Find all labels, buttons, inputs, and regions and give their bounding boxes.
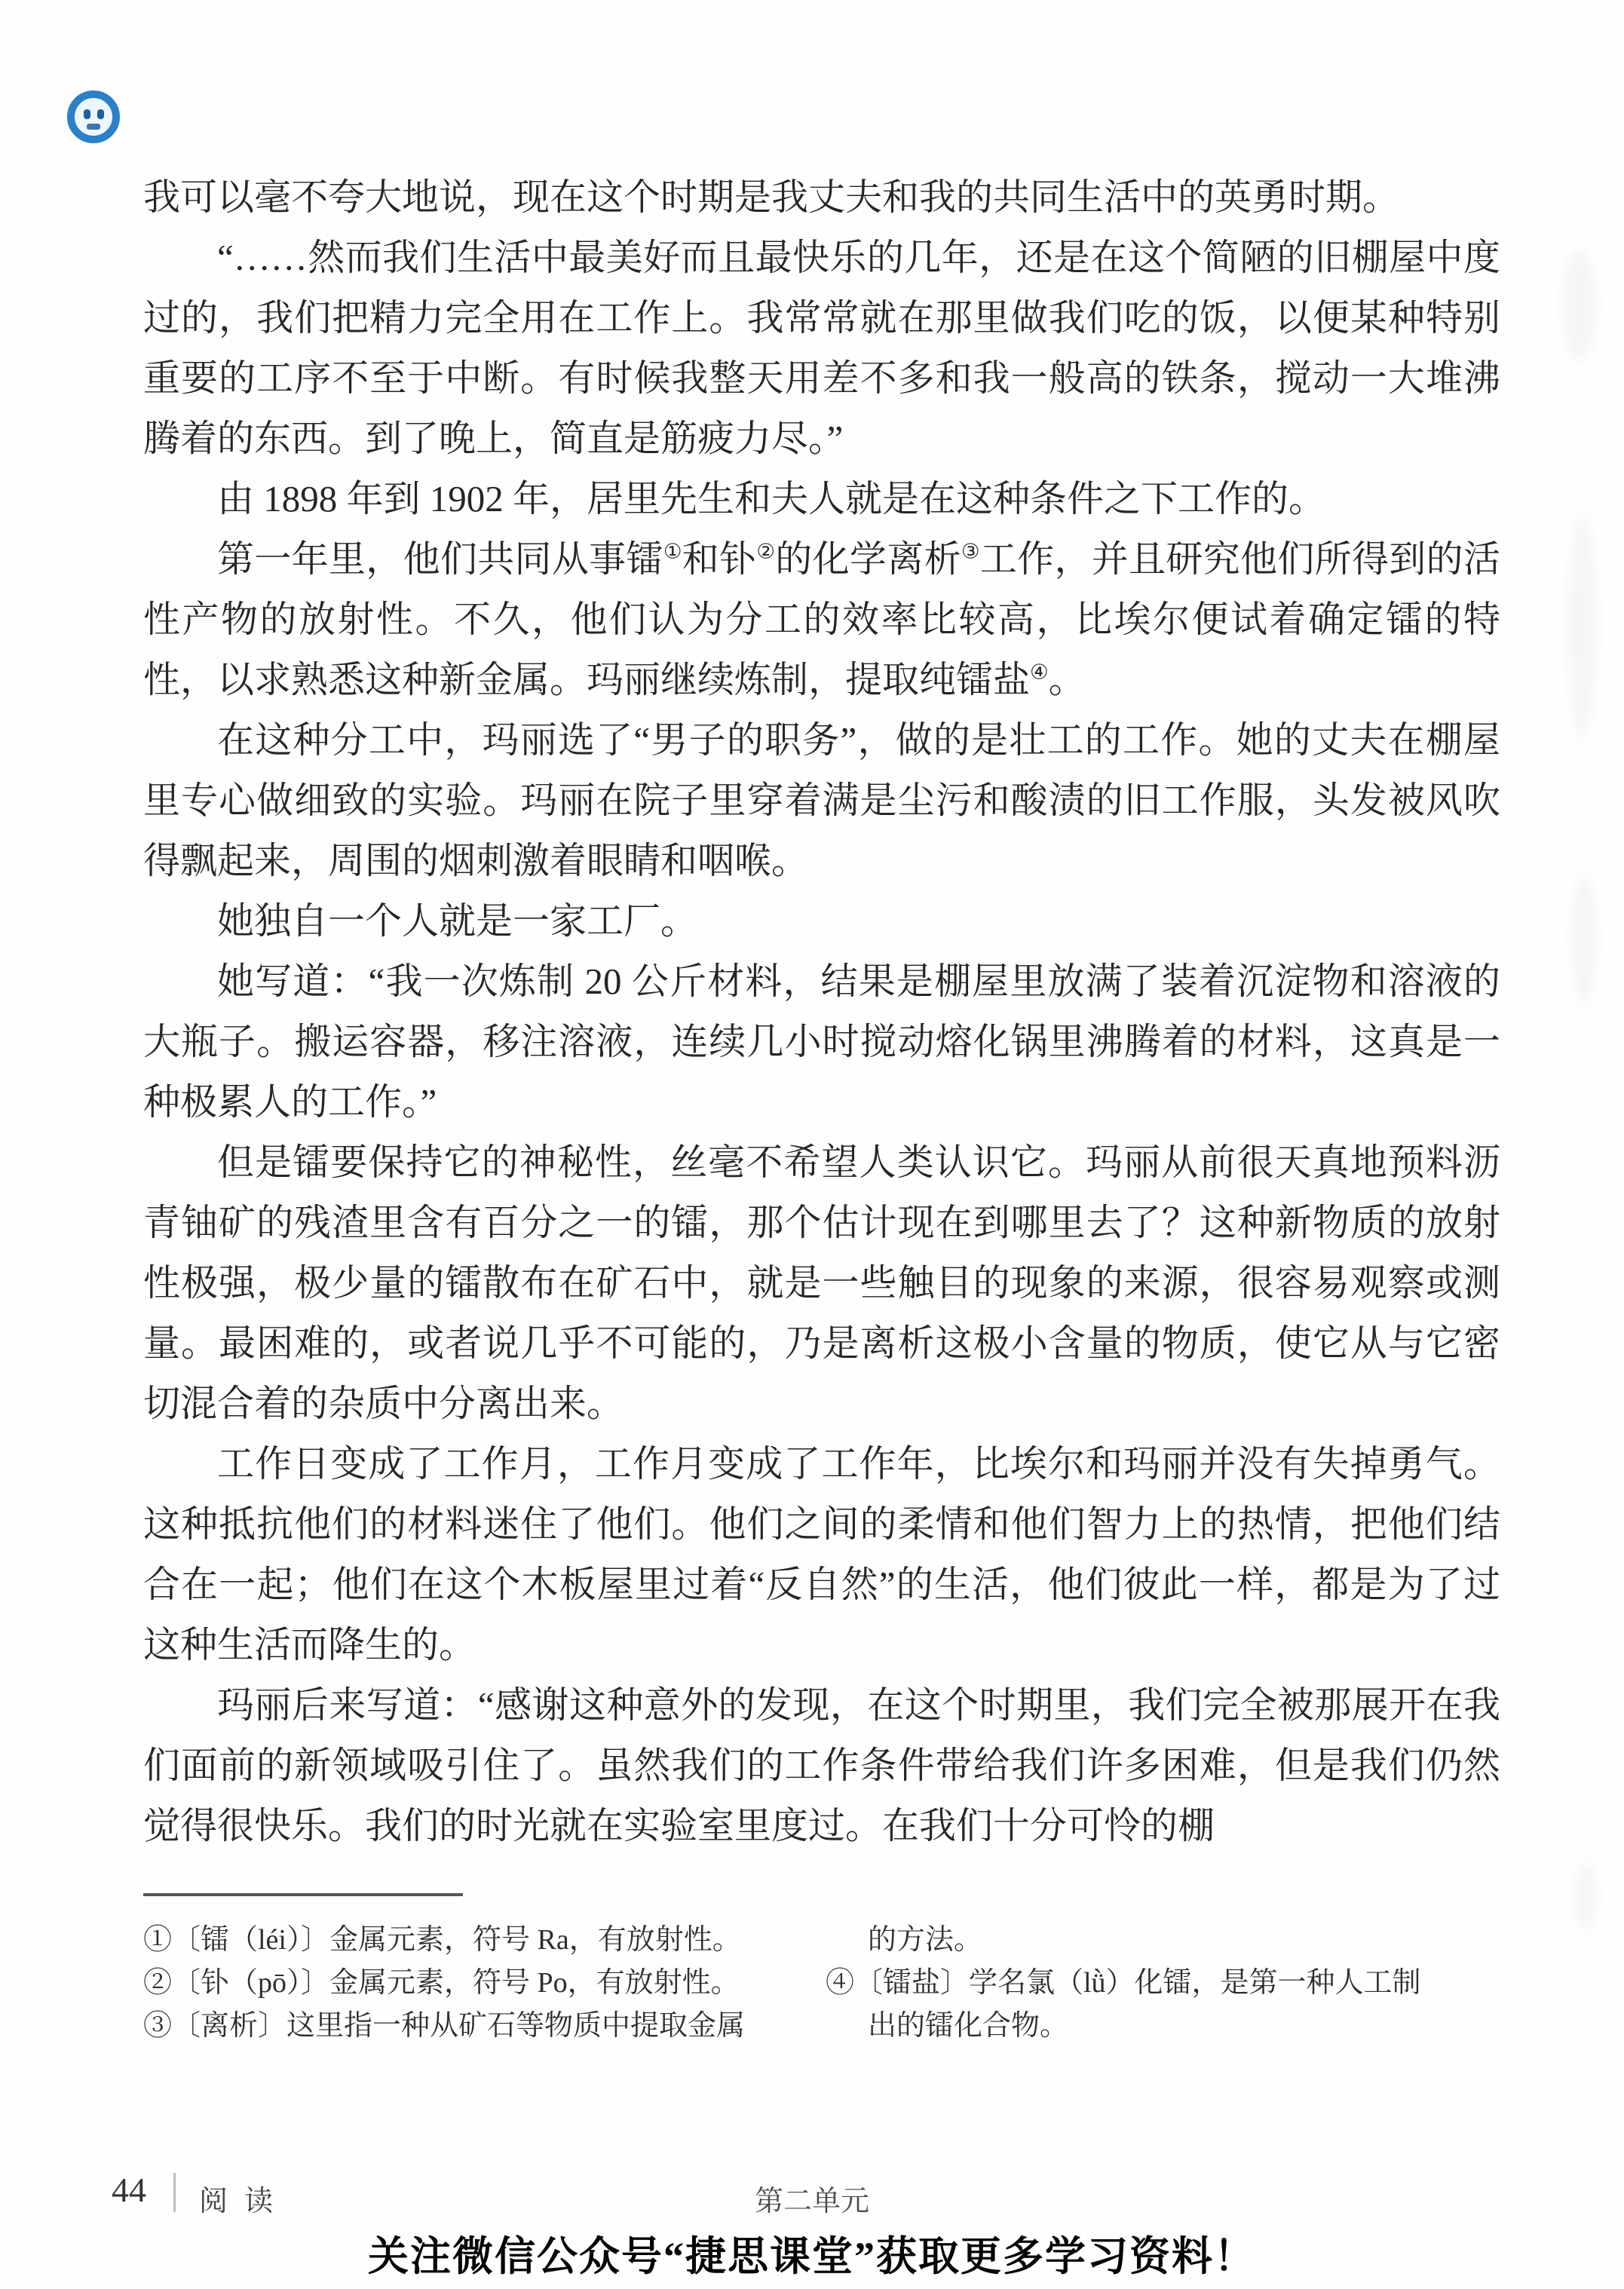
footnote-column-left: ①〔镭（léi）〕金属元素，符号 Ra，有放射性。 ②〔钋（pō）〕金属元素，符… [143, 1919, 807, 2048]
promo-banner: 关注微信公众号“捷思课堂”获取更多学习资料！ [0, 2224, 1624, 2282]
paragraph: 在这种分工中，玛丽选了“男子的职务”，做的是壮工的工作。她的丈夫在棚屋里专心做细… [143, 710, 1500, 891]
footnote-isolation-cont: 的方法。 [826, 1919, 1508, 1962]
footnote-radium-salt: ④〔镭盐〕学名氯（lǜ）化镭，是第一种人工制 [826, 1962, 1508, 2005]
footnote-radium: ①〔镭（léi）〕金属元素，符号 Ra，有放射性。 [143, 1919, 807, 1962]
textbook-page: 我可以毫不夸大地说，现在这个时期是我丈夫和我的共同生活中的英勇时期。 “……然而… [0, 0, 1624, 2289]
footer-divider-bar [173, 2173, 176, 2212]
paragraph: 第一年里，他们共同从事镭①和钋②的化学离析③工作，并且研究他们所得到的活性产物的… [143, 529, 1500, 710]
footnote-isolation: ③〔离析〕这里指一种从矿石等物质中提取金属 [143, 2005, 807, 2048]
paragraph: 工作日变成了工作月，工作月变成了工作年，比埃尔和玛丽并没有失掉勇气。这种抵抗他们… [143, 1434, 1500, 1675]
scan-smudge [1574, 1862, 1597, 1930]
footnote-polonium: ②〔钋（pō）〕金属元素，符号 Po，有放射性。 [143, 1962, 807, 2005]
footnote-column-right: 的方法。 ④〔镭盐〕学名氯（lǜ）化镭，是第一种人工制 出的镭化合物。 [826, 1919, 1508, 2048]
unit-label: 第二单元 [755, 2177, 869, 2219]
paragraph: 她写道：“我一次炼制 20 公斤材料，结果是棚屋里放满了装着沉淀物和溶液的大瓶子… [143, 951, 1500, 1132]
paragraph: 她独自一个人就是一家工厂。 [143, 891, 1500, 951]
paragraph: 但是镭要保持它的神秘性，丝毫不希望人类认识它。玛丽从前很天真地预料沥青铀矿的残渣… [143, 1132, 1500, 1434]
scan-smudge [1568, 513, 1597, 739]
section-label: 阅读 [199, 2177, 290, 2219]
paragraph: 我可以毫不夸大地说，现在这个时期是我丈夫和我的共同生活中的英勇时期。 [143, 167, 1500, 228]
scan-smudge [1562, 249, 1597, 362]
scan-smudge [1571, 875, 1597, 1003]
footnote-radium-salt-cont: 出的镭化合物。 [826, 2005, 1508, 2048]
body-text: 我可以毫不夸大地说，现在这个时期是我丈夫和我的共同生活中的英勇时期。 “……然而… [143, 167, 1500, 1856]
paragraph: “……然而我们生活中最美好而且最快乐的几年，还是在这个简陋的旧棚屋中度过的，我们… [143, 228, 1500, 469]
paragraph: 玛丽后来写道：“感谢这种意外的发现，在这个时期里，我们完全被那展开在我们面前的新… [143, 1675, 1500, 1856]
page-number: 44 [112, 2170, 146, 2210]
smiley-sticker-icon [65, 88, 122, 146]
paragraph: 由 1898 年到 1902 年，居里先生和夫人就是在这种条件之下工作的。 [143, 469, 1500, 529]
footnote-divider [143, 1893, 463, 1896]
